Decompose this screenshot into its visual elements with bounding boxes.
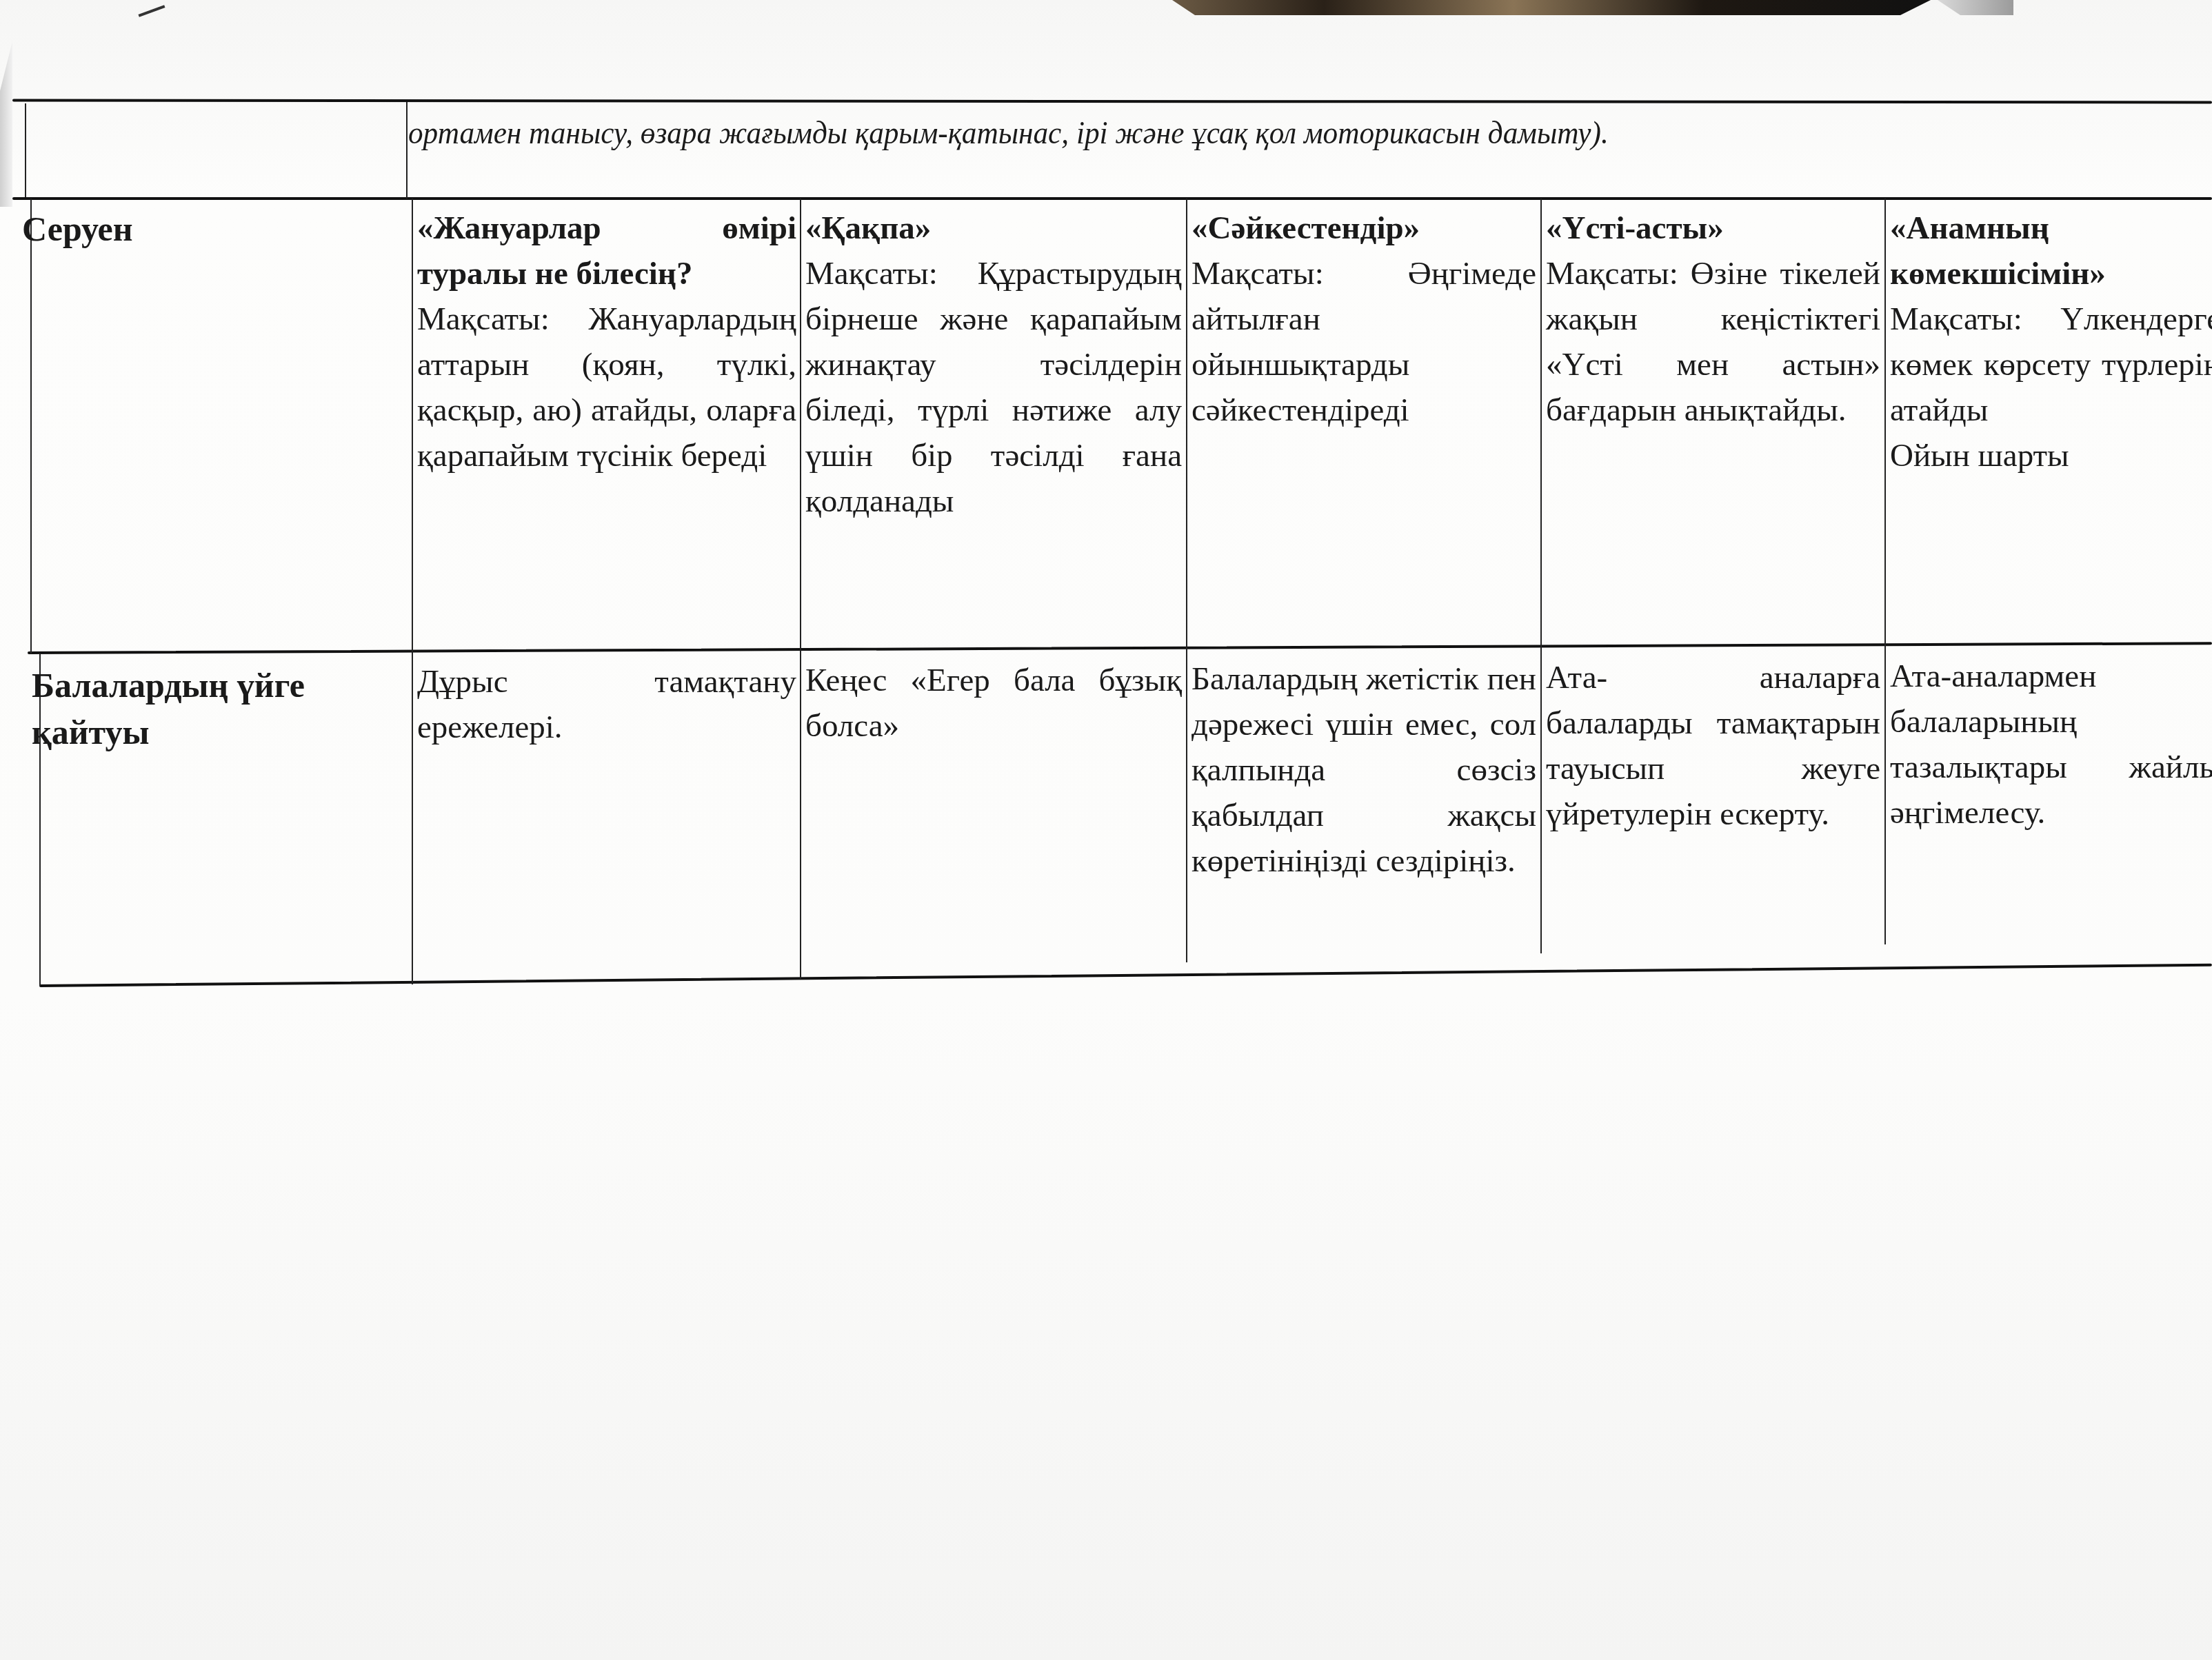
cell-body: Мақсаты: Үлкендерге көмек көрсету түрлер… — [1890, 296, 2212, 433]
cell-body: Кеңес «Егер бала бұзық болса» — [805, 658, 1182, 749]
table-col-rule — [25, 103, 26, 197]
cell-body: Ата-аналармен балаларының тазалықтары жа… — [1890, 654, 2212, 836]
table-cell: Балалардың жетістік пен дәрежесі үшін ем… — [1187, 656, 1539, 884]
table-cell: «Үсті-асты» Мақсаты: Өзіне тікелей жақын… — [1542, 205, 1883, 433]
cell-body: Балалардың жетістік пен дәрежесі үшін ем… — [1192, 656, 1536, 884]
table-cell: «Қақпа» Мақсаты: Құрастырудың бірнеше жә… — [801, 205, 1185, 524]
row-label-text: Балалардың үйге қайтуы — [32, 666, 305, 751]
cell-extra: Ойын шарты — [1890, 433, 2212, 478]
cell-body: Мақсаты: Әңгімеде айтылған ойыншықтарды … — [1192, 251, 1536, 433]
row-label-going-home: Балалардың үйге қайтуы — [28, 662, 400, 756]
table-cell: «Жануарлар өмірі туралы не білесің? Мақс… — [413, 205, 799, 478]
table-col-rule — [30, 199, 32, 654]
intro-text: ортамен танысу, өзара жағымды қарым-қаты… — [408, 110, 2093, 156]
row-label-walk: Серуен — [18, 205, 404, 252]
table-rule-bottom — [39, 964, 2212, 987]
activity-table: ортамен танысу, өзара жағымды қарым-қаты… — [0, 0, 2212, 1660]
table-cell: Ата-аналармен балаларының тазалықтары жа… — [1886, 654, 2212, 836]
cell-body: Мақсаты: Өзіне тікелей жақын кеңістіктег… — [1546, 251, 1880, 433]
table-cell: «Сәйкестендір» Мақсаты: Әңгімеде айтылға… — [1187, 205, 1539, 433]
cell-body: Дұрыс тамақтану ережелері. — [417, 659, 796, 750]
cell-title: «Жануарлар өмірі туралы не білесің? — [417, 205, 796, 296]
table-rule-top — [12, 99, 2212, 104]
row-label-text: Серуен — [22, 210, 133, 248]
cell-body: Мақсаты: Жануарлардың аттарын (қоян, түл… — [417, 296, 796, 478]
cell-body: Мақсаты: Құрастырудың бірнеше және қарап… — [805, 251, 1182, 524]
cell-title: «Сәйкестендір» — [1192, 205, 1536, 251]
cell-body: Ата- аналарға балаларды тамақтарын тауыс… — [1546, 655, 1880, 837]
table-col-rule — [406, 102, 408, 199]
table-cell: «Анамның көмекшісімін» Мақсаты: Үлкендер… — [1886, 205, 2212, 478]
cell-title: «Үсті-асты» — [1546, 205, 1880, 251]
cell-title: «Қақпа» — [805, 205, 1182, 251]
table-cell: Дұрыс тамақтану ережелері. — [413, 659, 799, 750]
cell-title: «Анамның көмекшісімін» — [1890, 205, 2212, 296]
table-cell: Ата- аналарға балаларды тамақтарын тауыс… — [1542, 655, 1883, 837]
table-rule-row1 — [12, 197, 2212, 200]
table-cell: Кеңес «Егер бала бұзық болса» — [801, 658, 1185, 749]
